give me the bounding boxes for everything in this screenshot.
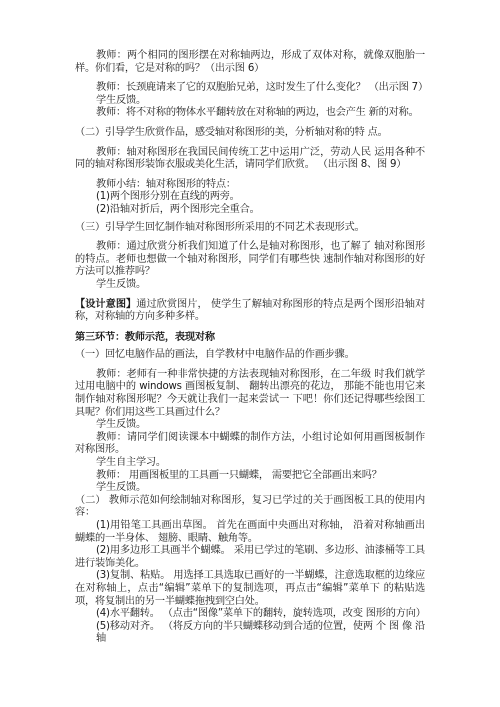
paragraph-teacher-giraffe: 教师：长颈鹿请来了它的双胞胎兄弟，这时发生了什么变化？ （出示图 7） (75, 82, 425, 95)
section-heading-appreciate: （二）引导学生欣赏作品，感受轴对称图形的美，分析轴对称的特 点。 (75, 127, 425, 140)
paragraph-design-intent: 【设计意图】通过欣赏图片， 使学生了解轴对称图形的特点是两个图形沿轴对称，对称轴… (75, 299, 425, 324)
step-4-flip: (4)水平翻转。 （点击“图像”菜单下的翻转，旋转选项，改变 图形的方向） (75, 608, 425, 621)
section-heading-computer-art: （一）回忆电脑作品的画法，自学教材中电脑作品的作画步骤。 (75, 349, 425, 362)
list-item-feature-1: (1)两个图形分别在直线的两旁。 (75, 191, 425, 204)
paragraph-teacher-folk-art: 教师：轴对称图形在我国民间传统工艺中运用广泛，劳动人民 运用各种不同的轴对称图形… (75, 147, 425, 172)
paragraph-teacher-summary: 教师小结：轴对称图形的特点： (75, 179, 425, 192)
step-3-copy-paste: (3)复制、粘贴。 用选择工具选取已画好的一半蝴蝶，注意选取框的边缘应在对称轴上… (75, 570, 425, 608)
paragraph-student-feedback-3: 学生反馈。 (75, 419, 425, 432)
paragraph-teacher-flip: 教师：将不对称的物体水平翻转放在对称轴的两边，也会产生 新的对称。 (75, 107, 425, 120)
paragraph-student-feedback: 学生反馈。 (75, 95, 425, 108)
step-1-pencil: (1)用铅笔工具画出草图。 首先在画面中央画出对称轴， 沿着对称轴画出蝴蝶的一半… (75, 520, 425, 545)
paragraph-teacher-butterfly: 教师： 用画图板里的工具画一只蝴蝶， 需要把它全部画出来吗？ (75, 470, 425, 483)
paragraph-student-self-study: 学生自主学习。 (75, 457, 425, 470)
paragraph-teacher-read-textbook: 教师：请同学们阅读课本中蝴蝶的制作方法，小组讨论如何用画图板制作对称图形。 (75, 432, 425, 457)
section-title-stage-three: 第三环节：教师示范，表现对称 (75, 332, 425, 345)
paragraph-teacher-quick-method: 教师：通过欣赏分析我们知道了什么是轴对称图形，也了解了 轴对称图形的特点。老师也… (75, 241, 425, 279)
paragraph-student-feedback-4: 学生反馈。 (75, 482, 425, 495)
step-2-polygon: (2)用多边形工具画半个蝴蝶。 采用已学过的笔刷、多边形、油漆桶等工具进行装饰美… (75, 545, 425, 570)
section-heading-demo: （二） 教师示范如何绘制轴对称图形，复习已学过的关于画图板工具的使用内容： (75, 495, 425, 520)
design-intent-label: 【设计意图】 (75, 299, 136, 310)
step-5-align: (5)移动对齐。 （将反方向的半只蝴蝶移动到合适的位置，使两 个 图 像 沿 轴 (75, 621, 425, 646)
paragraph-teacher-twins: 教师：两个相同的图形摆在对称轴两边，形成了双体对称，就像双胞胎一样。你们看，它是… (75, 50, 425, 75)
list-item-feature-2: (2)沿轴对折后，两个图形完全重合。 (75, 204, 425, 217)
document-page: 教师：两个相同的图形摆在对称轴两边，形成了双体对称，就像双胞胎一样。你们看，它是… (75, 50, 425, 646)
paragraph-student-feedback-2: 学生反馈。 (75, 279, 425, 292)
section-heading-recall: （三）引导学生回忆制作轴对称图形所采用的不同艺术表现形式。 (75, 222, 425, 235)
paragraph-teacher-windows-paint: 教师：老师有一种非常快捷的方法表现轴对称图形，在二年级 时我们就学过用电脑中的 … (75, 369, 425, 419)
